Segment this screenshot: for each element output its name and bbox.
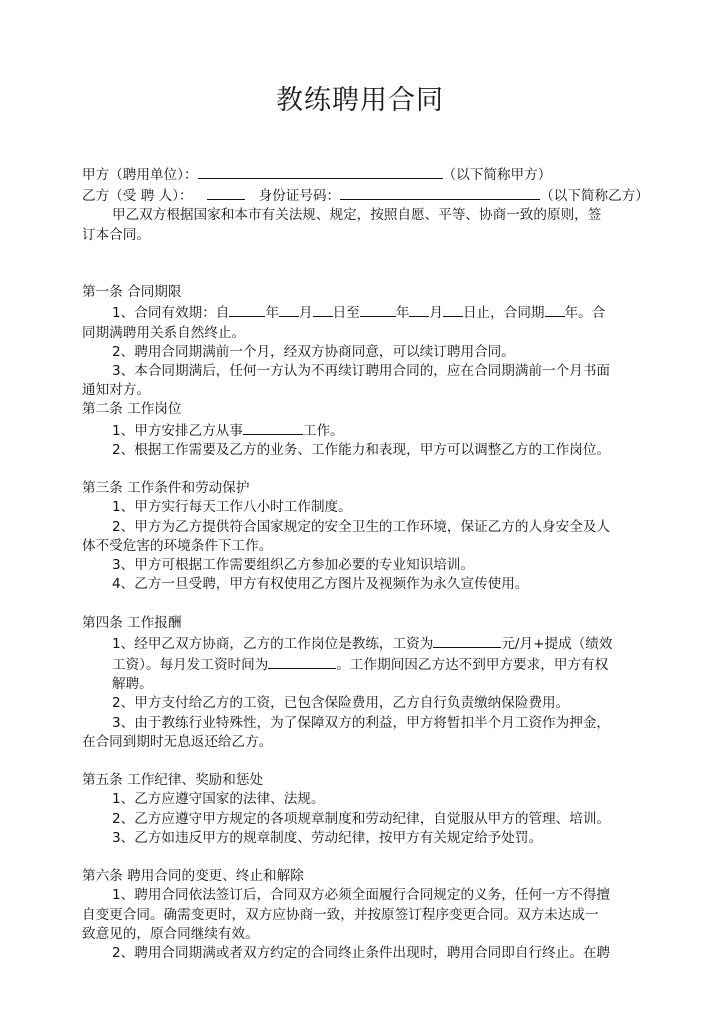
article-3-clause-4: 4、乙方一旦受聘，甲方有权使用乙方图片及视频作为永久宣传使用。 [82,575,642,594]
clause-text: 月 [299,305,313,321]
article-4-clause-2: 2、甲方支付给乙方的工资，已包含保险费用，乙方自行负责缴纳保险费用。 [82,694,642,713]
article-4-heading: 第四条 工作报酬 [82,614,642,633]
party-a-line: 甲方（聘用单位）：（以下简称甲方） [82,164,642,185]
document-body: 甲方（聘用单位）：（以下简称甲方） 乙方（受 聘 人）：身份证号码：（以下简称乙… [82,164,642,963]
article-5-heading: 第五条 工作纪律、奖励和惩处 [82,771,642,790]
id-number-blank[interactable] [340,185,540,200]
id-number-label: 身份证号码： [259,188,341,204]
job-blank[interactable] [243,420,303,435]
article-6-heading: 第六条 聘用合同的变更、终止和解除 [82,867,642,886]
start-year-blank[interactable] [229,302,265,317]
clause-text: 1、合同有效期：自 [112,305,229,321]
article-1-clause-2: 2、聘用合同期满前一个月，经双方协商同意，可以续订聘用合同。 [82,343,642,362]
clause-text: 1、经甲乙双方协商，乙方的工作岗位是教练，工资为 [112,636,433,652]
clause-text: 元/月+提成（绩效 [501,636,612,652]
article-1-clause-1: 1、合同有效期：自年月日至年月日止，合同期年。合 [82,302,642,323]
party-b-line: 乙方（受 聘 人）：身份证号码：（以下简称乙方） [82,185,642,206]
article-2-clause-1: 1、甲方安排乙方从事工作。 [82,420,642,441]
clause-text: 月 [429,305,443,321]
article-3-clause-1: 1、甲方实行每天工作八小时工作制度。 [82,498,642,517]
article-1-clause-1-cont: 同期满聘用关系自然终止。 [82,324,642,343]
preamble-line-1: 甲乙双方根据国家和本市有关法规、规定，按照自愿、平等、协商一致的原则，签 [82,206,642,225]
end-year-blank[interactable] [360,302,396,317]
article-2-heading: 第二条 工作岗位 [82,400,642,419]
clause-text: 工资）。每月发工资时间为 [112,657,268,673]
party-b-suffix: （以下简称乙方） [540,188,649,204]
article-3-heading: 第三条 工作条件和劳动保护 [82,479,642,498]
article-1-heading: 第一条 合同期限 [82,283,642,302]
article-4-clause-1-line-3: 解聘。 [82,675,642,694]
document-page: 教练聘用合同 甲方（聘用单位）：（以下简称甲方） 乙方（受 聘 人）：身份证号码… [0,0,720,1017]
article-1-clause-3-cont: 通知对方。 [82,381,642,400]
clause-text: 年 [396,305,410,321]
article-2-clause-2: 2、根据工作需要及乙方的业务、工作能力和表现，甲方可以调整乙方的工作岗位。 [82,441,642,460]
clause-text: 年 [265,305,279,321]
clause-text: 。工作期间因乙方达不到甲方要求，甲方有权 [336,657,608,673]
party-a-suffix: （以下简称甲方） [443,167,552,183]
party-b-label: 乙方（受 聘 人）： [82,188,193,204]
party-a-label: 甲方（聘用单位）： [82,167,198,183]
article-4-clause-1: 1、经甲乙双方协商，乙方的工作岗位是教练，工资为元/月+提成（绩效 [82,633,642,654]
preamble-line-2: 订本合同。 [82,226,642,245]
start-day-blank[interactable] [313,302,333,317]
clause-text: 日至 [333,305,360,321]
salary-blank[interactable] [433,633,501,648]
party-b-name-blank[interactable] [207,185,245,200]
clause-text: 年。合 [565,305,606,321]
end-day-blank[interactable] [443,302,463,317]
end-month-blank[interactable] [409,302,429,317]
article-3-clause-3: 3、甲方可根据工作需要组织乙方参加必要的专业知识培训。 [82,556,642,575]
clause-text: 日止，合同期 [463,305,545,321]
clause-text: 1、甲方安排乙方从事 [112,423,243,439]
payday-blank[interactable] [268,654,336,669]
article-4-clause-3: 3、由于教练行业特殊性，为了保障双方的利益，甲方将暂扣半个月工资作为押金， [82,714,642,733]
article-6-clause-1-cont-1: 自变更合同。确需变更时，双方应协商一致，并按原签订程序变更合同。双方未达成一 [82,906,642,925]
article-6-clause-1-cont-2: 致意见的，原合同继续有效。 [82,925,642,944]
article-6-clause-2: 2、聘用合同期满或者双方约定的合同终止条件出现时，聘用合同即自行终止。在聘 [82,944,642,963]
article-3-clause-2: 2、甲方为乙方提供符合国家规定的安全卫生的工作环境，保证乙方的人身安全及人 [82,518,642,537]
party-a-blank[interactable] [198,164,443,179]
article-3-clause-2-cont: 体不受危害的环境条件下工作。 [82,537,642,556]
article-5-clause-3: 3、乙方如违反甲方的规章制度、劳动纪律，按甲方有关规定给予处罚。 [82,829,642,848]
article-5-clause-1: 1、乙方应遵守国家的法律、法规。 [82,790,642,809]
article-5-clause-2: 2、乙方应遵守甲方规定的各项规章制度和劳动纪律，自觉服从甲方的管理、培训。 [82,810,642,829]
article-6-clause-1: 1、聘用合同依法签订后，合同双方必须全面履行合同规定的义务，任何一方不得擅 [82,886,642,905]
term-years-blank[interactable] [545,302,565,317]
document-title: 教练聘用合同 [0,78,720,117]
article-4-clause-3-cont: 在合同到期时无息返还给乙方。 [82,733,642,752]
clause-text: 工作。 [303,423,344,439]
start-month-blank[interactable] [279,302,299,317]
article-4-clause-1-line-2: 工资）。每月发工资时间为。工作期间因乙方达不到甲方要求，甲方有权 [82,654,642,675]
article-1-clause-3: 3、本合同期满后，任何一方认为不再续订聘用合同的，应在合同期满前一个月书面 [82,362,642,381]
